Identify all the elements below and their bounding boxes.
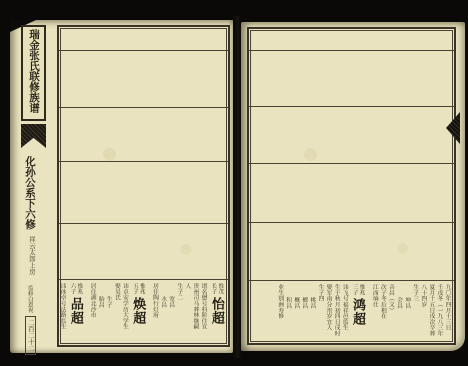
entry-bio-line: 八十四岁 (420, 284, 426, 307)
entry-bio-line: 人 (184, 283, 190, 289)
entry-bio-line: 讳体卓号法路监生 (59, 283, 65, 329)
entry-bio-line: 生子二 (176, 283, 182, 300)
entry-header-label: 五子 (131, 283, 137, 294)
entry-header-label: 惟茂 (217, 283, 223, 294)
entry-bio-line: 宽昌 (168, 283, 174, 308)
entry-bio-line: 贵州司马葬林继嗣 (192, 283, 198, 329)
entry-bio-line: 生于秋月初四日戌时 (333, 284, 339, 336)
branch-label: 祥云太郎上房 (28, 236, 35, 275)
table-row (59, 27, 228, 51)
entry-bio-line: 音昌（文） (387, 284, 393, 313)
entry-bio-line: 娶吴氏 (113, 283, 119, 300)
page-number: 二百二十二 (25, 316, 36, 355)
entry-bio-line: 生子三 (412, 284, 418, 301)
genealogy-table-left: 惟茂长子怡超谱名懋号科阶住宜贵州司马葬林继嗣人生子二宽昌水昌居住陶行灯府惟兆五子… (57, 25, 230, 347)
book-page-right: 九〇年四月十三日壬戌冬（一九八三年夏月十五日戌次卒葬八十四岁生子三坤昌会昌音昌（… (241, 22, 465, 351)
genealogy-entry: 惟兆三子鸿超讳飞号福祥邑监生生于秋月初四日戌时娶军南分卅岁宜人生子四桃昌榔昌概昌… (277, 284, 366, 336)
table-row (249, 51, 454, 107)
entry-bio-line: 谱名懋号科阶住宜 (200, 283, 206, 329)
entry-header-label: 惟兆 (358, 284, 364, 295)
table-row (59, 162, 228, 224)
book-page-left: 瑞金张氏联修族谱 化孙公系下六修 祥云太郎上房 监修白恩祝 二百二十二 惟茂长子… (10, 20, 233, 353)
genealogy-table-right: 九〇年四月十三日壬戌冬（一九八三年夏月十五日戌次卒葬八十四岁生子三坤昌会昌音昌（… (247, 27, 456, 345)
book-title-box: 瑞金张氏联修族谱 (21, 25, 46, 121)
entry-header: 惟兆六子 (69, 283, 82, 294)
entries-row: 惟茂长子怡超谱名懋号科阶住宜贵州司马葬林继嗣人生子二宽昌水昌居住陶行灯府惟兆五子… (59, 280, 228, 345)
entry-bio-line: 壬戌冬（一九八三年 (436, 284, 442, 336)
entry-name: 鸿超 (350, 298, 364, 326)
entry-bio-line: 坤昌 (404, 284, 410, 309)
entry-bio-line: 居住湖北沙市 (89, 283, 95, 318)
spine-column: 瑞金张氏联修族谱 化孙公系下六修 祥云太郎上房 监修白恩祝 二百二十二 (13, 25, 57, 349)
entry-header-label: 三子 (351, 284, 357, 295)
entry-header-label: 惟兆 (138, 283, 144, 294)
entry-bio-line: 生子四 (317, 284, 323, 301)
entry-bio-line: 会昌 (395, 284, 401, 309)
section-title: 化孙公系下六修 (24, 156, 35, 230)
entries-flow-left: 惟茂长子怡超谱名懋号科阶住宜贵州司马葬林继嗣人生子二宽昌水昌居住陶行灯府惟兆五子… (59, 280, 228, 345)
scanned-genealogy-spread: 瑞金张氏联修族谱 化孙公系下六修 祥云太郎上房 监修白恩祝 二百二十二 惟茂长子… (0, 0, 468, 366)
entry-name: 焕超 (131, 297, 145, 325)
entry-bio-line: 讳飞号福祥邑监生 (341, 284, 347, 330)
entry-bio-line: 娶军南分卅岁宜人 (325, 284, 331, 330)
entry-bio-line: 胎昌 (97, 283, 103, 308)
entry-bio-line: 生子 (105, 283, 111, 308)
table-row (249, 164, 454, 223)
table-row (59, 224, 228, 280)
genealogy-entry: 九〇年四月十三日壬戌冬（一九八三年夏月十五日戌次卒葬八十四岁生子三坤昌会昌音昌（… (371, 284, 450, 336)
entry-name-column: 惟茂长子怡超 (208, 283, 224, 325)
entry-bio-line: 积昌 (285, 284, 291, 309)
entry-bio-line: 水昌 (160, 283, 166, 308)
book-title: 瑞金张氏联修族谱 (28, 29, 39, 117)
genealogy-entry: 惟茂长子怡超谱名懋号科阶住宜贵州司马葬林继嗣人生子二宽昌水昌居住陶行灯府 (151, 283, 224, 329)
entry-header: 惟兆五子 (131, 283, 144, 294)
genealogy-entry: 惟兆五子焕超讳卓安学历大学生娶吴氏生子胎昌居住湖北沙市 (89, 283, 145, 329)
spine-footer-label: 监修白恩祝 (26, 285, 32, 313)
entry-name-column: 惟兆六子品超 (67, 283, 83, 325)
entry-name-column: 惟兆五子焕超 (129, 283, 145, 325)
genealogy-entry: 惟兆六子品超讳体卓号法路监生娶郭氏生子二超昌（过房） (59, 283, 83, 329)
entry-bio-line: 江西垧仕 (371, 284, 377, 307)
fishtail-ornament-icon (21, 124, 46, 148)
entry-bio-line: 夏月十五日戌次卒葬 (428, 284, 434, 336)
entries-flow-right: 九〇年四月十三日壬戌冬（一九八三年夏月十五日戌次卒葬八十四岁生子三坤昌会昌音昌（… (249, 281, 454, 343)
entry-bio-line: 榔昌 (301, 284, 307, 309)
table-row (249, 223, 454, 281)
entry-bio-line: 业生别洲寿修 (277, 284, 283, 319)
entry-header: 惟茂长子 (210, 283, 223, 294)
entry-name-column: 惟兆三子鸿超 (349, 284, 365, 326)
entry-name: 品超 (68, 297, 82, 325)
entry-bio-line: 桃昌 (309, 284, 315, 309)
entry-header-label: 长子 (210, 283, 216, 294)
table-row (59, 51, 228, 108)
entry-name: 怡超 (209, 297, 223, 325)
entry-header-label: 惟兆 (76, 283, 82, 294)
entries-row: 九〇年四月十三日壬戌冬（一九八三年夏月十五日戌次卒葬八十四岁生子三坤昌会昌音昌（… (249, 281, 454, 343)
entry-header-label: 六子 (69, 283, 75, 294)
entry-bio-line: 次子冬后相在 (379, 284, 385, 319)
entry-header: 惟兆三子 (351, 284, 364, 295)
entry-bio-line: 九〇年四月十三日 (444, 284, 450, 330)
table-row (249, 29, 454, 51)
entry-bio-line: 讳卓安学历大学生 (121, 283, 127, 329)
table-row (249, 107, 454, 164)
entry-bio-line: 概昌 (293, 284, 299, 309)
table-row (59, 108, 228, 162)
entry-bio-line: 居住陶行灯府 (151, 283, 157, 318)
